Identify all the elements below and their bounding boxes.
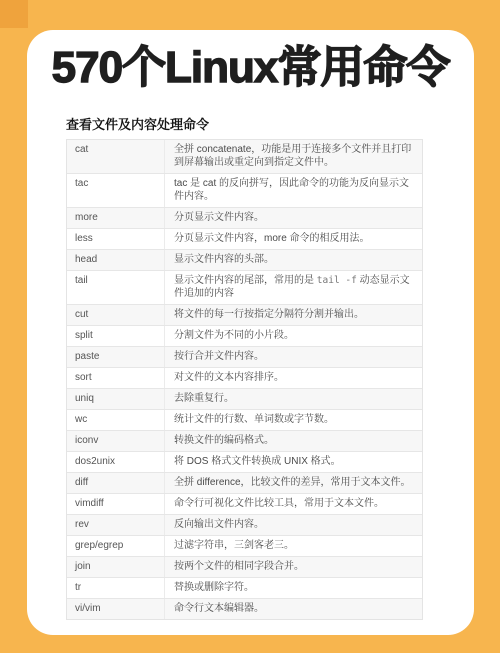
description-cell: 分割文件为不同的小片段。 (164, 326, 422, 346)
content-card: 570个Linux常用命令 查看文件及内容处理命令 cat全拼 concaten… (27, 30, 474, 635)
description-cell: 按两个文件的相同字段合并。 (164, 557, 422, 577)
description-cell: 反向输出文件内容。 (164, 515, 422, 535)
poster-background: 570个Linux常用命令 查看文件及内容处理命令 cat全拼 concaten… (0, 0, 500, 653)
table-row: diff全拼 difference，比较文件的差异，常用于文本文件。 (67, 472, 422, 493)
table-row: dos2unix将 DOS 格式文件转换成 UNIX 格式。 (67, 451, 422, 472)
command-cell: tac (67, 174, 164, 207)
command-cell: vimdiff (67, 494, 164, 514)
table-row: uniq去除重复行。 (67, 388, 422, 409)
description-cell: 去除重复行。 (164, 389, 422, 409)
table-row: sort对文件的文本内容排序。 (67, 367, 422, 388)
command-cell: join (67, 557, 164, 577)
description-cell: 命令行可视化文件比较工具，常用于文本文件。 (164, 494, 422, 514)
description-cell: 显示文件内容的尾部，常用的是 tail -f 动态显示文件追加的内容 (164, 271, 422, 304)
description-cell: 全拼 difference，比较文件的差异，常用于文本文件。 (164, 473, 422, 493)
command-cell: more (67, 208, 164, 228)
table-row: tail显示文件内容的尾部，常用的是 tail -f 动态显示文件追加的内容 (67, 270, 422, 304)
table-row: vimdiff命令行可视化文件比较工具，常用于文本文件。 (67, 493, 422, 514)
table-row: cut将文件的每一行按指定分隔符分割并输出。 (67, 304, 422, 325)
command-cell: split (67, 326, 164, 346)
command-cell: tail (67, 271, 164, 304)
corner-accent (0, 0, 28, 28)
command-cell: diff (67, 473, 164, 493)
table-row: head显示文件内容的头部。 (67, 249, 422, 270)
table-row: join按两个文件的相同字段合并。 (67, 556, 422, 577)
table-row: more分页显示文件内容。 (67, 207, 422, 228)
table-row: tactac 是 cat 的反向拼写，因此命令的功能为反向显示文件内容。 (67, 173, 422, 207)
description-cell: 过滤字符串，三剑客老三。 (164, 536, 422, 556)
command-cell: iconv (67, 431, 164, 451)
command-cell: sort (67, 368, 164, 388)
command-cell: paste (67, 347, 164, 367)
commands-table: cat全拼 concatenate，功能是用于连接多个文件并且打印到屏幕输出或重… (66, 139, 423, 620)
table-row: less分页显示文件内容，more 命令的相反用法。 (67, 228, 422, 249)
table-row: cat全拼 concatenate，功能是用于连接多个文件并且打印到屏幕输出或重… (67, 140, 422, 173)
command-cell: grep/egrep (67, 536, 164, 556)
table-row: paste按行合并文件内容。 (67, 346, 422, 367)
command-cell: less (67, 229, 164, 249)
page-title: 570个Linux常用命令 (27, 40, 474, 96)
description-cell: 统计文件的行数、单词数或字节数。 (164, 410, 422, 430)
description-cell: 分页显示文件内容。 (164, 208, 422, 228)
command-cell: rev (67, 515, 164, 535)
table-row: grep/egrep过滤字符串，三剑客老三。 (67, 535, 422, 556)
command-cell: dos2unix (67, 452, 164, 472)
command-cell: vi/vim (67, 599, 164, 619)
description-cell: 对文件的文本内容排序。 (164, 368, 422, 388)
command-cell: cut (67, 305, 164, 325)
description-cell: 将文件的每一行按指定分隔符分割并输出。 (164, 305, 422, 325)
command-cell: uniq (67, 389, 164, 409)
table-row: iconv转换文件的编码格式。 (67, 430, 422, 451)
command-cell: cat (67, 140, 164, 173)
table-row: vi/vim命令行文本编辑器。 (67, 598, 422, 619)
table-row: tr替换或删除字符。 (67, 577, 422, 598)
command-cell: wc (67, 410, 164, 430)
table-row: rev反向输出文件内容。 (67, 514, 422, 535)
description-cell: 显示文件内容的头部。 (164, 250, 422, 270)
inline-code: tail -f (317, 275, 357, 286)
description-cell: 命令行文本编辑器。 (164, 599, 422, 619)
description-cell: 替换或删除字符。 (164, 578, 422, 598)
table-row: split分割文件为不同的小片段。 (67, 325, 422, 346)
table-row: wc统计文件的行数、单词数或字节数。 (67, 409, 422, 430)
description-cell: 将 DOS 格式文件转换成 UNIX 格式。 (164, 452, 422, 472)
description-cell: 全拼 concatenate，功能是用于连接多个文件并且打印到屏幕输出或重定向到… (164, 140, 422, 173)
section-title: 查看文件及内容处理命令 (66, 114, 474, 133)
description-cell: tac 是 cat 的反向拼写，因此命令的功能为反向显示文件内容。 (164, 174, 422, 207)
description-cell: 分页显示文件内容，more 命令的相反用法。 (164, 229, 422, 249)
command-cell: tr (67, 578, 164, 598)
description-cell: 按行合并文件内容。 (164, 347, 422, 367)
command-cell: head (67, 250, 164, 270)
description-cell: 转换文件的编码格式。 (164, 431, 422, 451)
